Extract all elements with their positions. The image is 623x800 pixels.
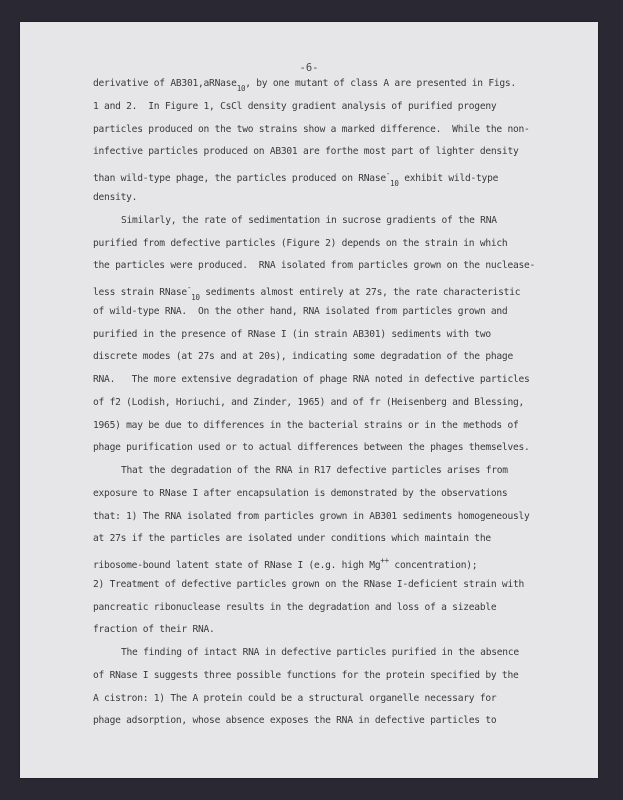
text-line: at 27s if the particles are isolated und… xyxy=(93,533,491,544)
text-line: Similarly, the rate of sedimentation in … xyxy=(121,215,497,226)
text-line: than wild-type phage, the particles prod… xyxy=(93,169,498,188)
text-line: of f2 (Lodish, Horiuchi, and Zinder, 196… xyxy=(93,397,524,408)
text-line: infective particles produced on AB301 ar… xyxy=(93,146,519,157)
text-line: A cistron: 1) The A protein could be a s… xyxy=(93,693,496,704)
text-line: of wild-type RNA. On the other hand, RNA… xyxy=(93,306,507,317)
text-line: purified in the presence of RNase I (in … xyxy=(93,329,491,340)
text-line: derivative of AB301,aRNase10, by one mut… xyxy=(93,78,516,93)
text-line: phage purification used or to actual dif… xyxy=(93,442,530,453)
text-line: The finding of intact RNA in defective p… xyxy=(121,647,519,658)
text-line: purified from defective particles (Figur… xyxy=(93,238,507,249)
document-page: -6- derivative of AB301,aRNase10, by one… xyxy=(20,22,598,778)
text-line: density. xyxy=(93,192,137,203)
text-line: 1965) may be due to differences in the b… xyxy=(93,420,519,431)
text-line: of RNase I suggests three possible funct… xyxy=(93,670,519,681)
text-line: 1 and 2. In Figure 1, CsCl density gradi… xyxy=(93,101,496,112)
text-line: discrete modes (at 27s and at 20s), indi… xyxy=(93,351,513,362)
text-line: RNA. The more extensive degradation of p… xyxy=(93,374,530,385)
text-line: pancreatic ribonuclease results in the d… xyxy=(93,602,496,613)
text-line: 2) Treatment of defective particles grow… xyxy=(93,579,524,590)
text-line: That the degradation of the RNA in R17 d… xyxy=(121,465,508,476)
text-line: less strain RNase-10 sediments almost en… xyxy=(93,283,520,302)
page-number: -6- xyxy=(20,62,598,74)
text-line: that: 1) The RNA isolated from particles… xyxy=(93,511,530,522)
text-line: ribosome-bound latent state of RNase I (… xyxy=(93,556,477,571)
text-line: phage adsorption, whose absence exposes … xyxy=(93,715,496,726)
text-line: exposure to RNase I after encapsulation … xyxy=(93,488,507,499)
text-line: the particles were produced. RNA isolate… xyxy=(93,260,535,271)
text-line: fraction of their RNA. xyxy=(93,624,215,635)
text-line: particles produced on the two strains sh… xyxy=(93,124,530,135)
